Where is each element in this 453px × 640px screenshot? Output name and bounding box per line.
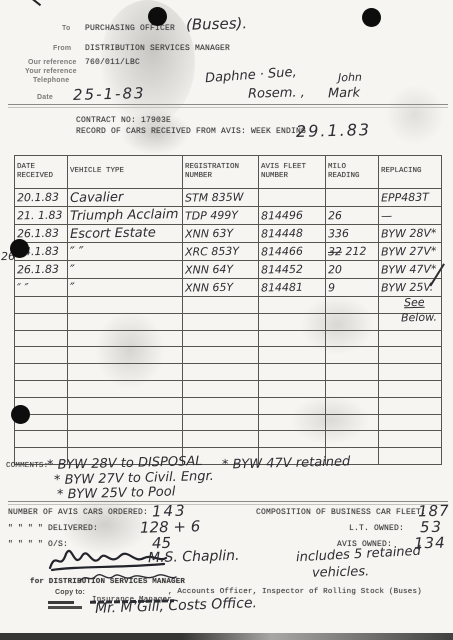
cell-vehicle: ″ ″ — [70, 243, 180, 260]
empty-table-row — [15, 414, 442, 431]
empty-table-row — [15, 330, 442, 347]
retained-note-line1: includes 5 retained — [296, 544, 422, 566]
cars-received-table: DATE RECEIVED VEHICLE TYPE REGISTRATION … — [14, 155, 442, 465]
cell-vehicle: Cavalier — [70, 189, 180, 206]
cell-date: 26.1.83 — [17, 227, 65, 241]
comment-item-right: * BYW 47V retained — [222, 454, 351, 472]
comments-divider — [8, 501, 448, 505]
col-header-replacing: REPLACING — [379, 156, 442, 189]
cell-registration: XNN 64Y — [185, 262, 256, 276]
cell-registration: XNN 63Y — [185, 226, 256, 240]
empty-table-row — [15, 364, 442, 381]
table-row: 26.1.83 ″ XNN 64Y 814452 20 BYW 47V* — [15, 261, 442, 279]
empty-table-row — [15, 380, 442, 397]
cell-milo: 3̶2̶ 212 — [328, 245, 376, 259]
cell-fleet: 814481 — [261, 280, 323, 294]
lt-owned-label: L.T. OWNED: — [349, 524, 404, 533]
cell-milo: 336 — [328, 227, 376, 241]
signature-name-handwritten: M.S. Chaplin. — [148, 548, 240, 566]
cell-fleet: 814496 — [261, 208, 323, 222]
contract-number: CONTRACT NO: 17903E — [76, 116, 171, 125]
retained-note-line2: vehicles. — [312, 564, 370, 580]
table-row: 26.1.83 Escort Estate XNN 63Y 814448 336… — [15, 225, 442, 243]
form-print-smudge — [48, 606, 82, 609]
comments-label: COMMENTS: — [6, 462, 48, 470]
cell-date: ″ ″ — [17, 281, 65, 295]
cell-replacing: BYW 28V* — [381, 226, 439, 240]
delivered-label: " " " " DELIVERED: — [8, 524, 98, 533]
scanned-memo-document: To PURCHASING OFFICER (Buses). From DIST… — [0, 0, 453, 640]
cell-milo: 9 — [328, 281, 376, 295]
telephone-label: Telephone — [33, 77, 69, 84]
distribution-names-line2-right: Mark — [328, 86, 360, 102]
distribution-names-line1: Daphne · Sue, — [205, 65, 298, 86]
from-value: DISTRIBUTION SERVICES MANAGER — [85, 44, 230, 53]
empty-table-row — [15, 347, 442, 364]
hole-punch — [148, 7, 167, 26]
fleet-composition-label: COMPOSITION OF BUSINESS CAR FLEET: — [256, 508, 426, 517]
distribution-names-line1-right: John — [338, 71, 362, 85]
to-annotation-handwritten: (Buses). — [186, 14, 248, 34]
col-header-milo: MILO READING — [326, 156, 379, 189]
cell-registration: XRC 853Y — [185, 244, 256, 258]
cell-date: 21. 1.83 — [17, 209, 65, 223]
header-divider — [8, 104, 448, 108]
empty-table-row — [15, 297, 442, 314]
record-title: RECORD OF CARS RECEIVED FROM AVIS: WEEK … — [76, 127, 306, 136]
from-label: From — [53, 45, 71, 52]
col-header-registration: REGISTRATION NUMBER — [183, 156, 259, 189]
col-header-fleet: AVIS FLEET NUMBER — [259, 156, 326, 189]
cell-date: 20.1.83 — [17, 191, 65, 205]
table-row: 24.1.83 ″ ″ XRC 853Y 814466 3̶2̶ 212 BYW… — [15, 243, 442, 261]
cell-milo: 20 — [328, 263, 376, 277]
cell-fleet — [261, 197, 323, 198]
empty-table-row — [15, 431, 442, 448]
copy-to-recipients: , Accounts Officer, Inspector of Rolling… — [168, 588, 422, 596]
see-below-note-line2: Below. — [401, 311, 437, 325]
see-below-note-line1: See — [404, 296, 425, 310]
hole-punch — [362, 8, 381, 27]
comment-item-3: * BYW 25V to Pool — [57, 484, 176, 502]
form-print-smudge — [48, 601, 74, 604]
col-header-vehicle: VEHICLE TYPE — [68, 156, 183, 189]
overwritten-name-scribble — [78, 571, 178, 585]
cell-vehicle: Escort Estate — [70, 225, 180, 242]
cell-milo: 26 — [328, 209, 376, 223]
hole-punch — [11, 405, 30, 424]
scan-edge-bottom — [0, 633, 453, 640]
cell-date: 26.1.83 — [17, 263, 65, 277]
to-value: PURCHASING OFFICER — [85, 24, 175, 33]
copy-to-label: Copy to: — [55, 589, 85, 596]
week-ending-handwritten: 29.1.83 — [296, 120, 372, 141]
table-row: 21. 1.83 Triumph Acclaim TDP 499Y 814496… — [15, 207, 442, 225]
cell-fleet: 814452 — [261, 262, 323, 276]
cell-replacing: — — [381, 208, 439, 222]
date-label: Date — [37, 94, 53, 101]
cell-registration: STM 835W — [185, 190, 256, 204]
cell-registration: XNN 65Y — [185, 280, 256, 294]
cell-vehicle: ″ — [70, 279, 180, 296]
hole-punch — [10, 239, 29, 258]
pen-mark-corner — [29, 0, 41, 6]
distribution-names-line2: Rosem. , — [248, 85, 305, 101]
cell-fleet: 814466 — [261, 244, 323, 258]
our-reference-value: 760/011/LBC — [85, 58, 140, 67]
cell-registration: TDP 499Y — [185, 208, 256, 222]
cell-fleet: 814448 — [261, 226, 323, 240]
to-label: To — [62, 25, 70, 32]
empty-table-row — [15, 397, 442, 414]
table-row: ″ ″ ″ XNN 65Y 814481 9 BYW 25V. — [15, 279, 442, 297]
ordered-label: NUMBER OF AVIS CARS ORDERED: — [8, 508, 148, 517]
empty-table-row — [15, 313, 442, 330]
date-handwritten: 25-1-83 — [73, 84, 146, 104]
cell-vehicle: Triumph Acclaim — [70, 207, 180, 224]
your-reference-label: Your reference — [25, 68, 77, 75]
table-header-row: DATE RECEIVED VEHICLE TYPE REGISTRATION … — [15, 156, 442, 189]
cell-milo — [328, 197, 376, 198]
cell-replacing: EPP483T — [381, 190, 439, 204]
cell-vehicle: ″ — [70, 261, 180, 278]
table-row: 20.1.83 Cavalier STM 835W EPP483T — [15, 189, 442, 207]
our-reference-label: Our reference — [28, 59, 77, 66]
toner-smudge — [385, 85, 445, 145]
cell-replacing: BYW 27V* — [381, 244, 439, 258]
col-header-date: DATE RECEIVED — [15, 156, 68, 189]
cell-replacing: BYW 47V* — [381, 262, 439, 276]
